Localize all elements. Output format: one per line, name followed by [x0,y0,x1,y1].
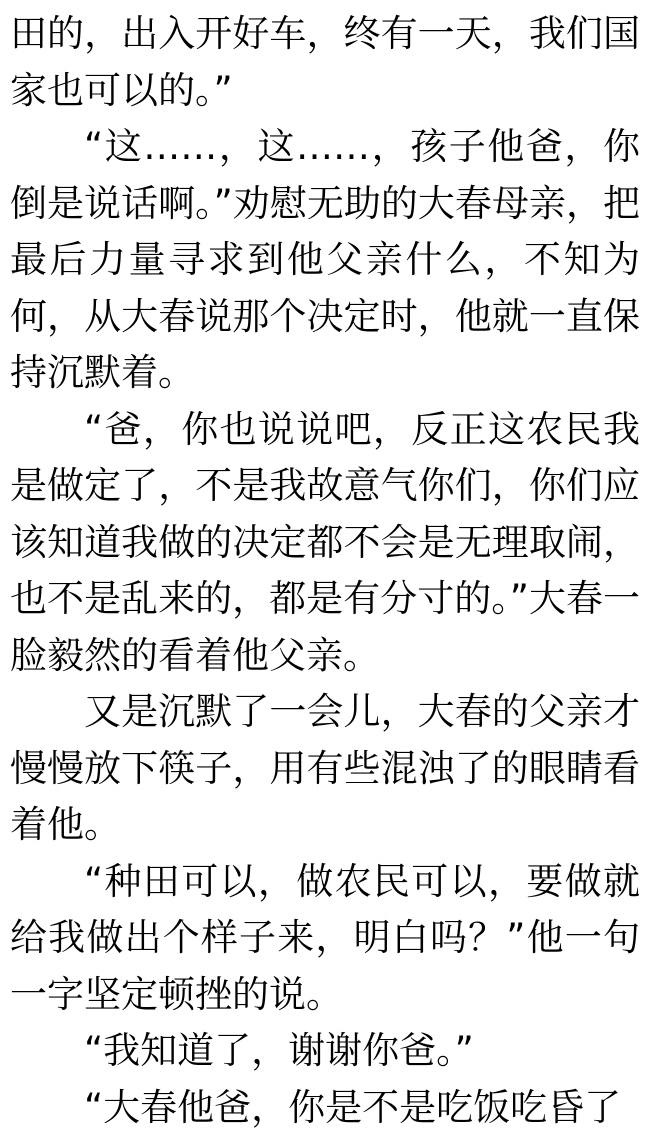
paragraph: 又是沉默了一会儿，大春的父亲才慢慢放下筷子，用有些混浊了的眼睛看着他。 [10,684,640,854]
paragraph-cutoff: “大春他爸，你是不是吃饭吃昏了 [10,1080,640,1130]
paragraph: “我知道了，谢谢你爸。” [10,1023,640,1080]
paragraph: “爸，你也说说吧，反正这农民我是做定了，不是我故意气你们，你们应该知道我做的决定… [10,402,640,685]
paragraph: “这……，这……，孩子他爸，你倒是说话啊。”劝慰无助的大春母亲，把最后力量寻求到… [10,119,640,402]
paragraph-continuation: 田的，出入开好车，终有一天，我们国家也可以的。” [10,6,640,119]
paragraph: “种田可以，做农民可以，要做就给我做出个样子来，明白吗？”他一句一字坚定顿挫的说… [10,854,640,1024]
reader-page: 田的，出入开好车，终有一天，我们国家也可以的。” “这……，这……，孩子他爸，你… [0,0,650,1130]
